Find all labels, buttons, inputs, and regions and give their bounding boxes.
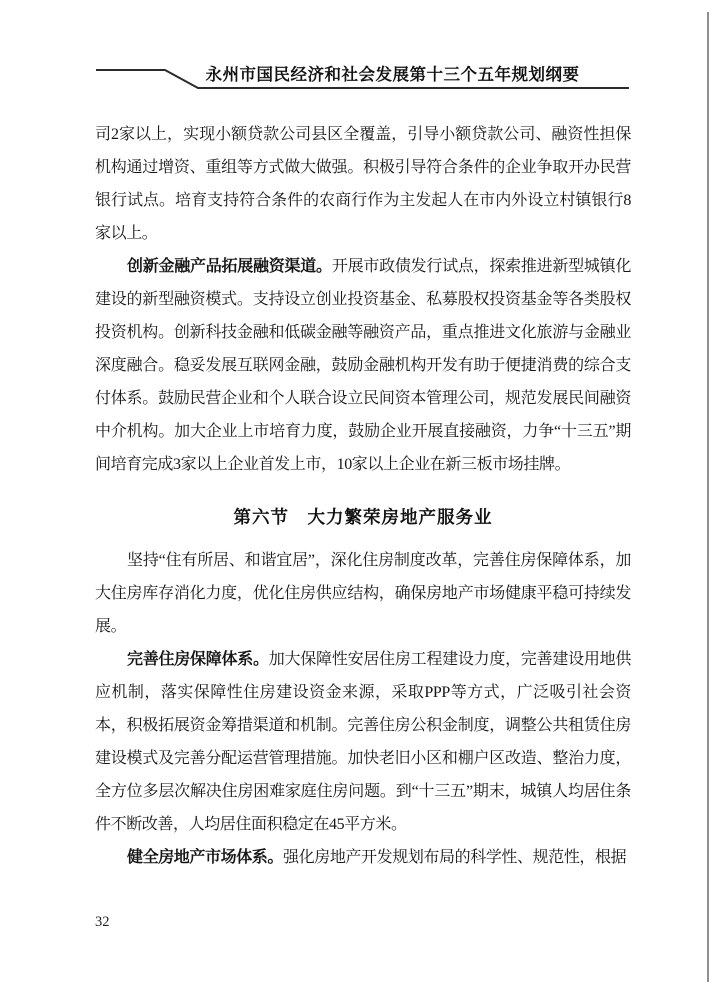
page-edge-line (707, 12, 709, 982)
page-number: 32 (95, 914, 110, 931)
page-header: 永州市国民经济和社会发展第十三个五年规划纲要 (95, 58, 630, 94)
document-body: 司2家以上，实现小额贷款公司县区全覆盖，引导小额贷款公司、融资性担保机构通过增资… (95, 118, 631, 874)
paragraph-text: 开展市政债发行试点，探索推进新型城镇化建设的新型融资模式。支持设立创业投资基金、… (95, 258, 631, 473)
paragraph-text: 坚持“住有所居、和谐宜居”，深化住房制度改革，完善住房保障体系，加大住房库存消化… (95, 552, 631, 635)
header-title: 永州市国民经济和社会发展第十三个五年规划纲要 (155, 61, 630, 85)
paragraph: 创新金融产品拓展融资渠道。开展市政债发行试点，探索推进新型城镇化建设的新型融资模… (95, 250, 631, 481)
paragraph: 完善住房保障体系。加大保障性安居住房工程建设力度，完善建设用地供应机制，落实保障… (95, 643, 631, 841)
paragraph-lead: 完善住房保障体系。 (127, 651, 269, 668)
paragraph-lead: 健全房地产市场体系。 (127, 849, 283, 866)
section-heading: 第六节 大力繁荣房地产服务业 (95, 501, 631, 534)
paragraph-lead: 创新金融产品拓展融资渠道。 (127, 258, 332, 275)
paragraph-text: 强化房地产开发规划布局的科学性、规范性，根据 (283, 849, 626, 866)
paragraph: 坚持“住有所居、和谐宜居”，深化住房制度改革，完善住房保障体系，加大住房库存消化… (95, 544, 631, 643)
paragraph: 健全房地产市场体系。强化房地产开发规划布局的科学性、规范性，根据 (95, 841, 631, 874)
paragraph: 司2家以上，实现小额贷款公司县区全覆盖，引导小额贷款公司、融资性担保机构通过增资… (95, 118, 631, 250)
paragraph-text: 加大保障性安居住房工程建设力度，完善建设用地供应机制，落实保障性住房建设资金来源… (95, 651, 631, 833)
paragraph-text: 司2家以上，实现小额贷款公司县区全覆盖，引导小额贷款公司、融资性担保机构通过增资… (95, 126, 631, 242)
document-page: 永州市国民经济和社会发展第十三个五年规划纲要 司2家以上，实现小额贷款公司县区全… (0, 0, 721, 1005)
